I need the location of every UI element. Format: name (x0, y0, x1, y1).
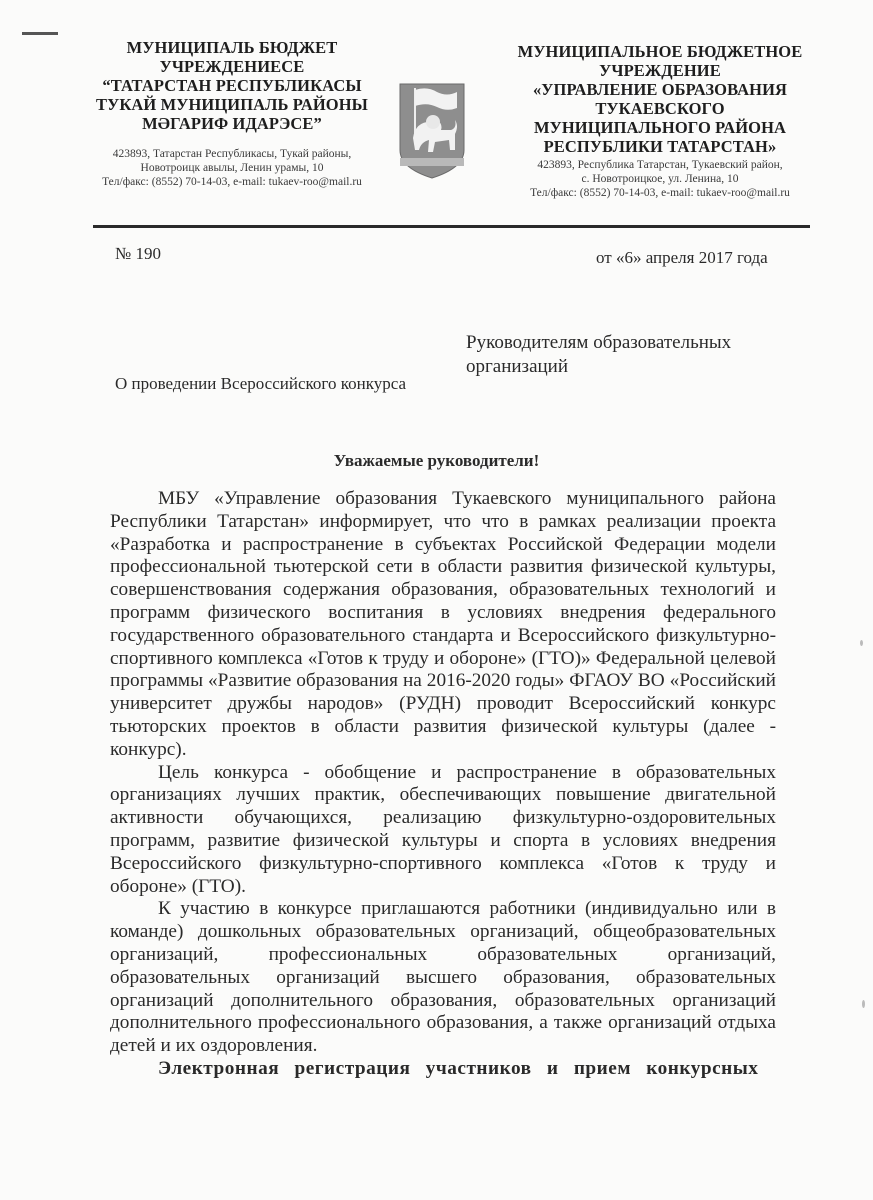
org-name-tatar: МУНИЦИПАЛЬ БЮДЖЕТ УЧРЕЖДЕНИЕСЕ “ТАТАРСТА… (82, 38, 382, 133)
address-tatar: 423893, Татарстан Республикасы, Тукай ра… (82, 147, 382, 189)
org-line: ТУКАЙ МУНИЦИПАЛЬ РАЙОНЫ (82, 95, 382, 114)
address-line: с. Новотроицкое, ул. Ленина, 10 (500, 172, 820, 186)
address-line: 423893, Татарстан Республикасы, Тукай ра… (82, 147, 382, 161)
address-line: Новотроицк авылы, Ленин урамы, 10 (82, 161, 382, 175)
paragraph: К участию в конкурсе приглашаются работн… (110, 898, 776, 1058)
org-line: МУНИЦИПАЛЬ БЮДЖЕТ (82, 38, 382, 57)
org-line: «УПРАВЛЕНИЕ ОБРАЗОВАНИЯ (500, 80, 820, 99)
document-date: от «6» апреля 2017 года (596, 248, 768, 268)
address-russian: 423893, Республика Татарстан, Тукаевский… (500, 158, 820, 200)
org-line: “ТАТАРСТАН РЕСПУБЛИКАСЫ (82, 76, 382, 95)
org-line: УЧРЕЖДЕНИЕСЕ (82, 57, 382, 76)
org-line: МУНИЦИПАЛЬНОГО РАЙОНА (500, 118, 820, 137)
coat-of-arms-icon (397, 80, 467, 180)
org-line: РЕСПУБЛИКИ ТАТАРСТАН» (500, 137, 820, 156)
greeting: Уважаемые руководители! (0, 451, 873, 471)
contact-line: Тел/факс: (8552) 70-14-03, e-mail: tukae… (82, 175, 382, 189)
contact-line: Тел/факс: (8552) 70-14-03, e-mail: tukae… (500, 186, 820, 200)
address-line: 423893, Республика Татарстан, Тукаевский… (500, 158, 820, 172)
addressee: Руководителям образовательных организаци… (466, 331, 796, 379)
letter-body: МБУ «Управление образования Тукаевского … (110, 488, 776, 1081)
scan-speck (860, 640, 863, 646)
paragraph-bold: Электронная регистрация участников и при… (110, 1058, 776, 1081)
letterhead-russian: МУНИЦИПАЛЬНОЕ БЮДЖЕТНОЕ УЧРЕЖДЕНИЕ «УПРА… (500, 42, 820, 200)
letterhead-tatar: МУНИЦИПАЛЬ БЮДЖЕТ УЧРЕЖДЕНИЕСЕ “ТАТАРСТА… (82, 38, 382, 189)
subject-line: О проведении Всероссийского конкурса (115, 374, 406, 394)
paragraph: МБУ «Управление образования Тукаевского … (110, 488, 776, 762)
scan-artifact-mark (22, 32, 58, 35)
org-line: УЧРЕЖДЕНИЕ (500, 61, 820, 80)
org-line: МӘГАРИФ ИДАРЭСЕ” (82, 114, 382, 133)
org-line: МУНИЦИПАЛЬНОЕ БЮДЖЕТНОЕ (500, 42, 820, 61)
letterhead-divider (93, 225, 810, 228)
org-name-russian: МУНИЦИПАЛЬНОЕ БЮДЖЕТНОЕ УЧРЕЖДЕНИЕ «УПРА… (500, 42, 820, 156)
scan-speck (862, 1000, 865, 1008)
org-line: ТУКАЕВСКОГО (500, 99, 820, 118)
paragraph: Цель конкурса - обобщение и распростране… (110, 762, 776, 899)
document-number: № 190 (115, 244, 161, 264)
